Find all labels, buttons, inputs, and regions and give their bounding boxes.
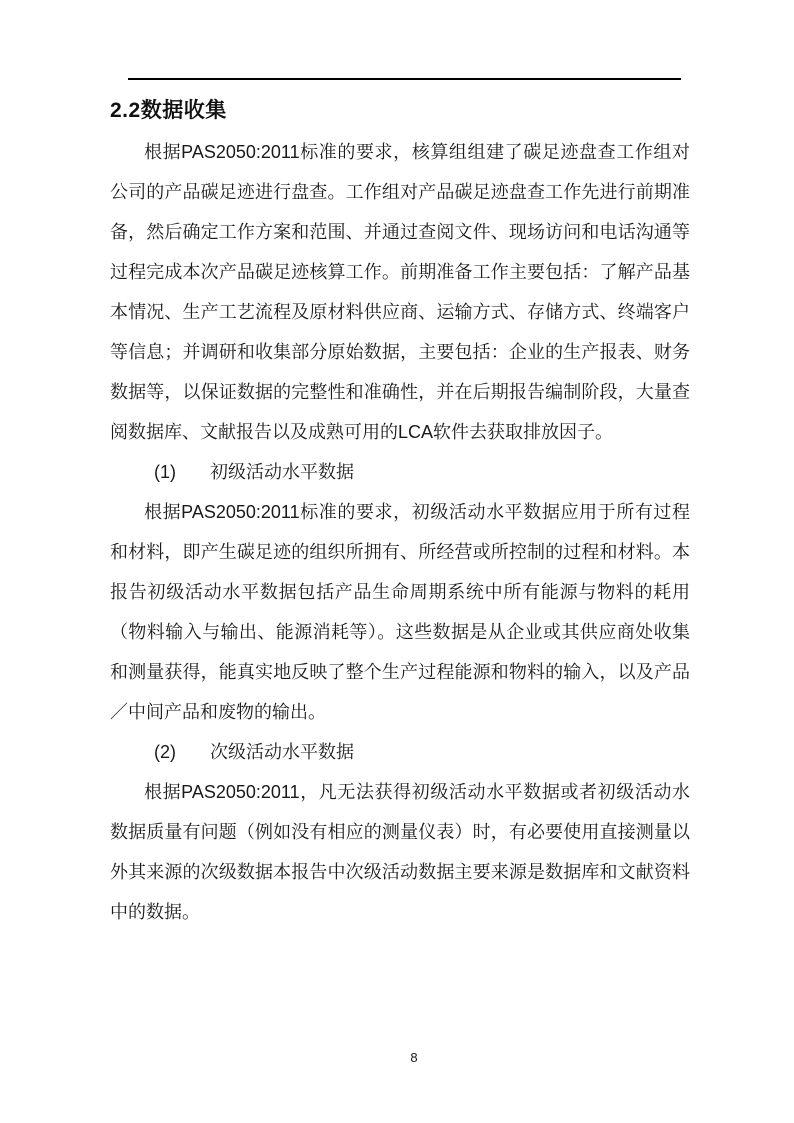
text-line: 根据PAS2050:2011，凡无法获得初级活动水平数据或者初级活动水平: [110, 772, 690, 812]
paragraph: 根据PAS2050:2011标准的要求，初级活动水平数据应用于所有过程 和材料，…: [110, 492, 690, 732]
text-line: 等信息；并调研和收集部分原始数据，主要包括：企业的生产报表、财务: [110, 332, 690, 372]
text-line: 报告初级活动水平数据包括产品生命周期系统中所有能源与物料的耗用: [110, 572, 690, 612]
text-line: 公司的产品碳足迹进行盘查。工作组对产品碳足迹盘查工作先进行前期准: [110, 172, 690, 212]
text-line: 中的数据。: [110, 892, 690, 932]
text-line: 过程完成本次产品碳足迹核算工作。前期准备工作主要包括：了解产品基: [110, 252, 690, 292]
text-line: 和测量获得，能真实地反映了整个生产过程能源和物料的输入，以及产品: [110, 652, 690, 692]
text-line: 备，然后确定工作方案和范围、并通过查阅文件、现场访问和电话沟通等: [110, 212, 690, 252]
text-line: 本情况、生产工艺流程及原材料供应商、运输方式、存储方式、终端客户: [110, 292, 690, 332]
text-line: ／中间产品和废物的输出。: [110, 692, 690, 732]
page-footer: 8: [0, 1050, 794, 1065]
document-body: 根据PAS2050:2011标准的要求，核算组组建了碳足迹盘查工作组对该 公司的…: [110, 132, 690, 932]
list-item-marker: (2): [154, 742, 176, 762]
text-line: 外其来源的次级数据本报告中次级活动数据主要来源是数据库和文献资料: [110, 852, 690, 892]
paragraph: 根据PAS2050:2011，凡无法获得初级活动水平数据或者初级活动水平 数据质…: [110, 772, 690, 932]
list-item: (2)次级活动水平数据: [110, 732, 690, 772]
text-line: 根据PAS2050:2011标准的要求，初级活动水平数据应用于所有过程: [110, 492, 690, 532]
paragraph: 根据PAS2050:2011标准的要求，核算组组建了碳足迹盘查工作组对该 公司的…: [110, 132, 690, 452]
text-line: 阅数据库、文献报告以及成熟可用的LCA软件去获取排放因子。: [110, 412, 690, 452]
text-line: 和材料，即产生碳足迹的组织所拥有、所经营或所控制的过程和材料。本: [110, 532, 690, 572]
list-item: (1)初级活动水平数据: [110, 452, 690, 492]
section-heading: 2.2数据收集: [110, 94, 227, 124]
page-number: 8: [410, 1050, 417, 1065]
list-item-label: 初级活动水平数据: [210, 462, 354, 482]
document-page: 2.2数据收集 根据PAS2050:2011标准的要求，核算组组建了碳足迹盘查工…: [0, 0, 794, 1123]
text-line: （物料输入与输出、能源消耗等）。这些数据是从企业或其供应商处收集: [110, 612, 690, 652]
header-rule: [128, 78, 681, 80]
text-line: 根据PAS2050:2011标准的要求，核算组组建了碳足迹盘查工作组对该: [110, 132, 690, 172]
text-line: 数据质量有问题（例如没有相应的测量仪表）时，有必要使用直接测量以: [110, 812, 690, 852]
list-item-label: 次级活动水平数据: [210, 742, 354, 762]
text-line: 数据等，以保证数据的完整性和准确性，并在后期报告编制阶段，大量查: [110, 372, 690, 412]
list-item-marker: (1): [154, 462, 176, 482]
